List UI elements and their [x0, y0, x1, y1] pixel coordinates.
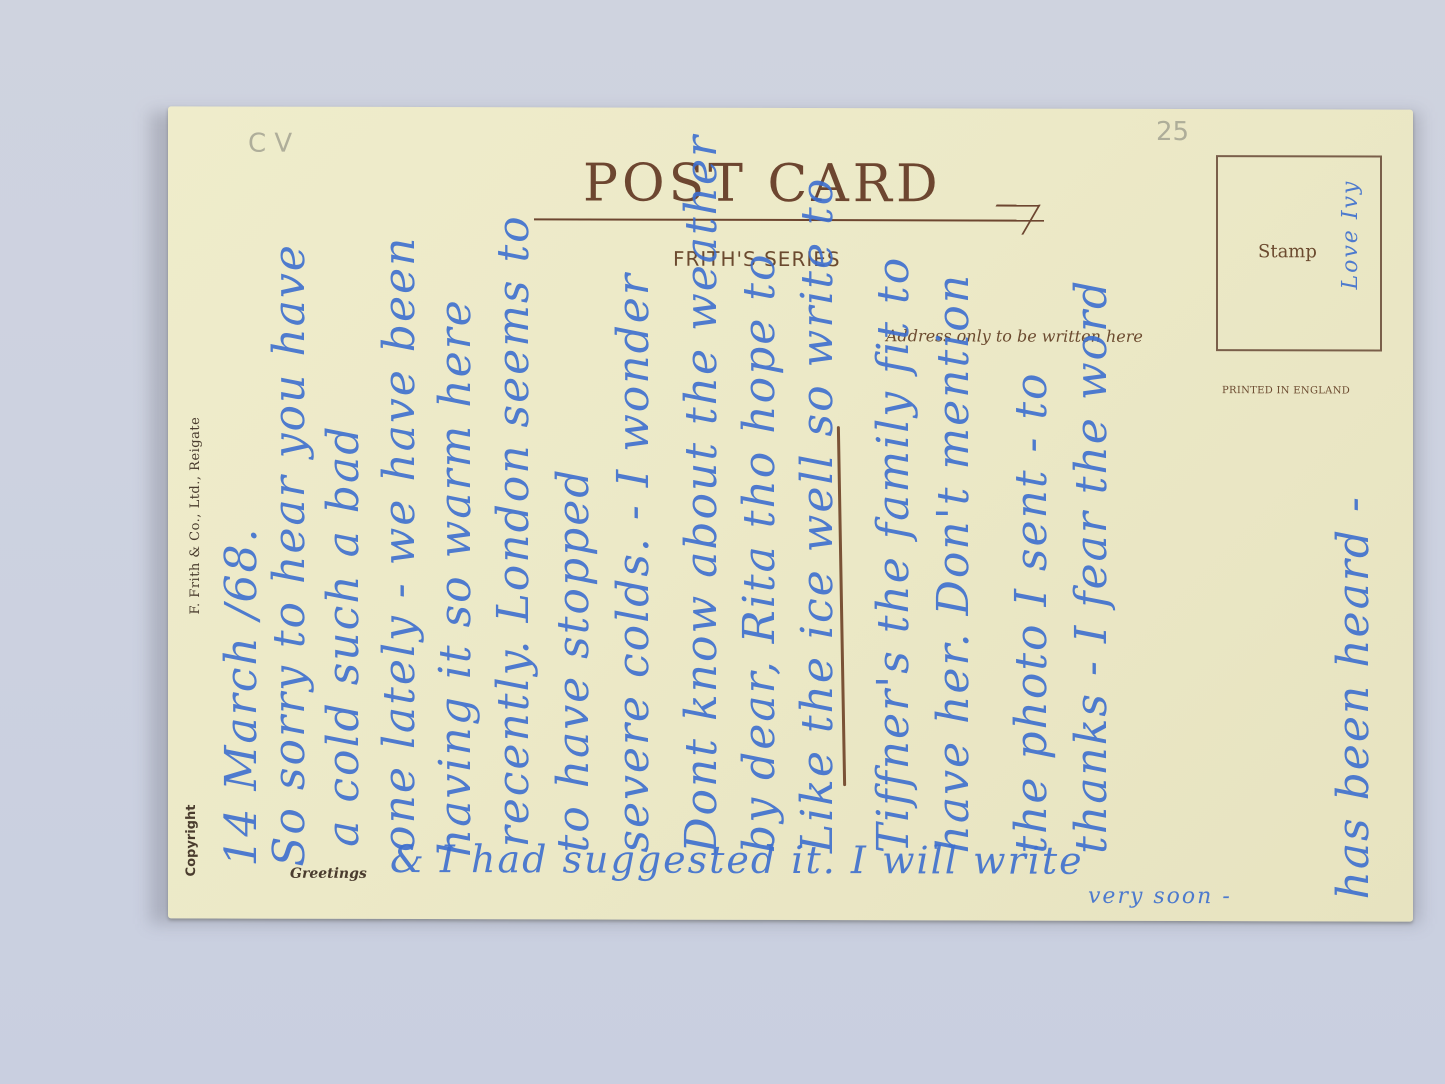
publisher-label: F. Frith & Co., Ltd., Reigate	[188, 417, 203, 615]
title-flourish	[979, 205, 1040, 235]
handwriting-line: recently. London seems to	[488, 214, 539, 847]
handwriting-line: has been heard -	[1328, 495, 1379, 900]
handwriting-line: severe colds. - I wonder	[608, 272, 659, 853]
title-underline	[534, 218, 1044, 221]
handwriting-line: by dear, Rita tho hope to	[734, 252, 785, 853]
greetings-label: Greetings	[290, 866, 367, 882]
copyright-label: Copyright	[184, 805, 199, 877]
postcard: POST CARD FRITH'S SERIES Address only to…	[168, 106, 1413, 921]
handwriting-line: So sorry to hear you have	[264, 243, 315, 867]
postcard-title: POST CARD	[583, 153, 942, 214]
handwriting-line: to have stopped	[548, 467, 599, 852]
handwriting-bottom-line: & I had suggested it. I will write	[390, 837, 1084, 883]
handwriting-line: thanks - I fear the word	[1066, 279, 1117, 854]
handwriting-bottom-subline: very soon -	[1088, 884, 1232, 909]
handwriting-line: 14 March /68.	[216, 526, 267, 866]
handwriting-line: one lately - we have been	[374, 236, 425, 853]
pencil-mark-25: 25	[1156, 117, 1189, 147]
handwriting-line: Like the ice well so write to	[792, 177, 843, 853]
printed-in-label: PRINTED IN ENGLAND	[1222, 385, 1350, 396]
handwriting-line: a cold such a bad	[318, 425, 369, 847]
handwriting-line: Dont know about the weather	[676, 134, 727, 853]
handwriting-line: the photo I sent - to	[1006, 371, 1057, 853]
handwriting-corner: Love Ivy	[1338, 180, 1363, 290]
stamp-label: Stamp	[1258, 241, 1317, 262]
handwriting-line: have her. Don't mention	[928, 273, 979, 854]
handwriting-line: Tiffner's the family fit to	[868, 256, 919, 854]
pencil-mark-cv: C V	[248, 129, 292, 159]
handwriting-line: having it so warm here	[430, 298, 481, 857]
